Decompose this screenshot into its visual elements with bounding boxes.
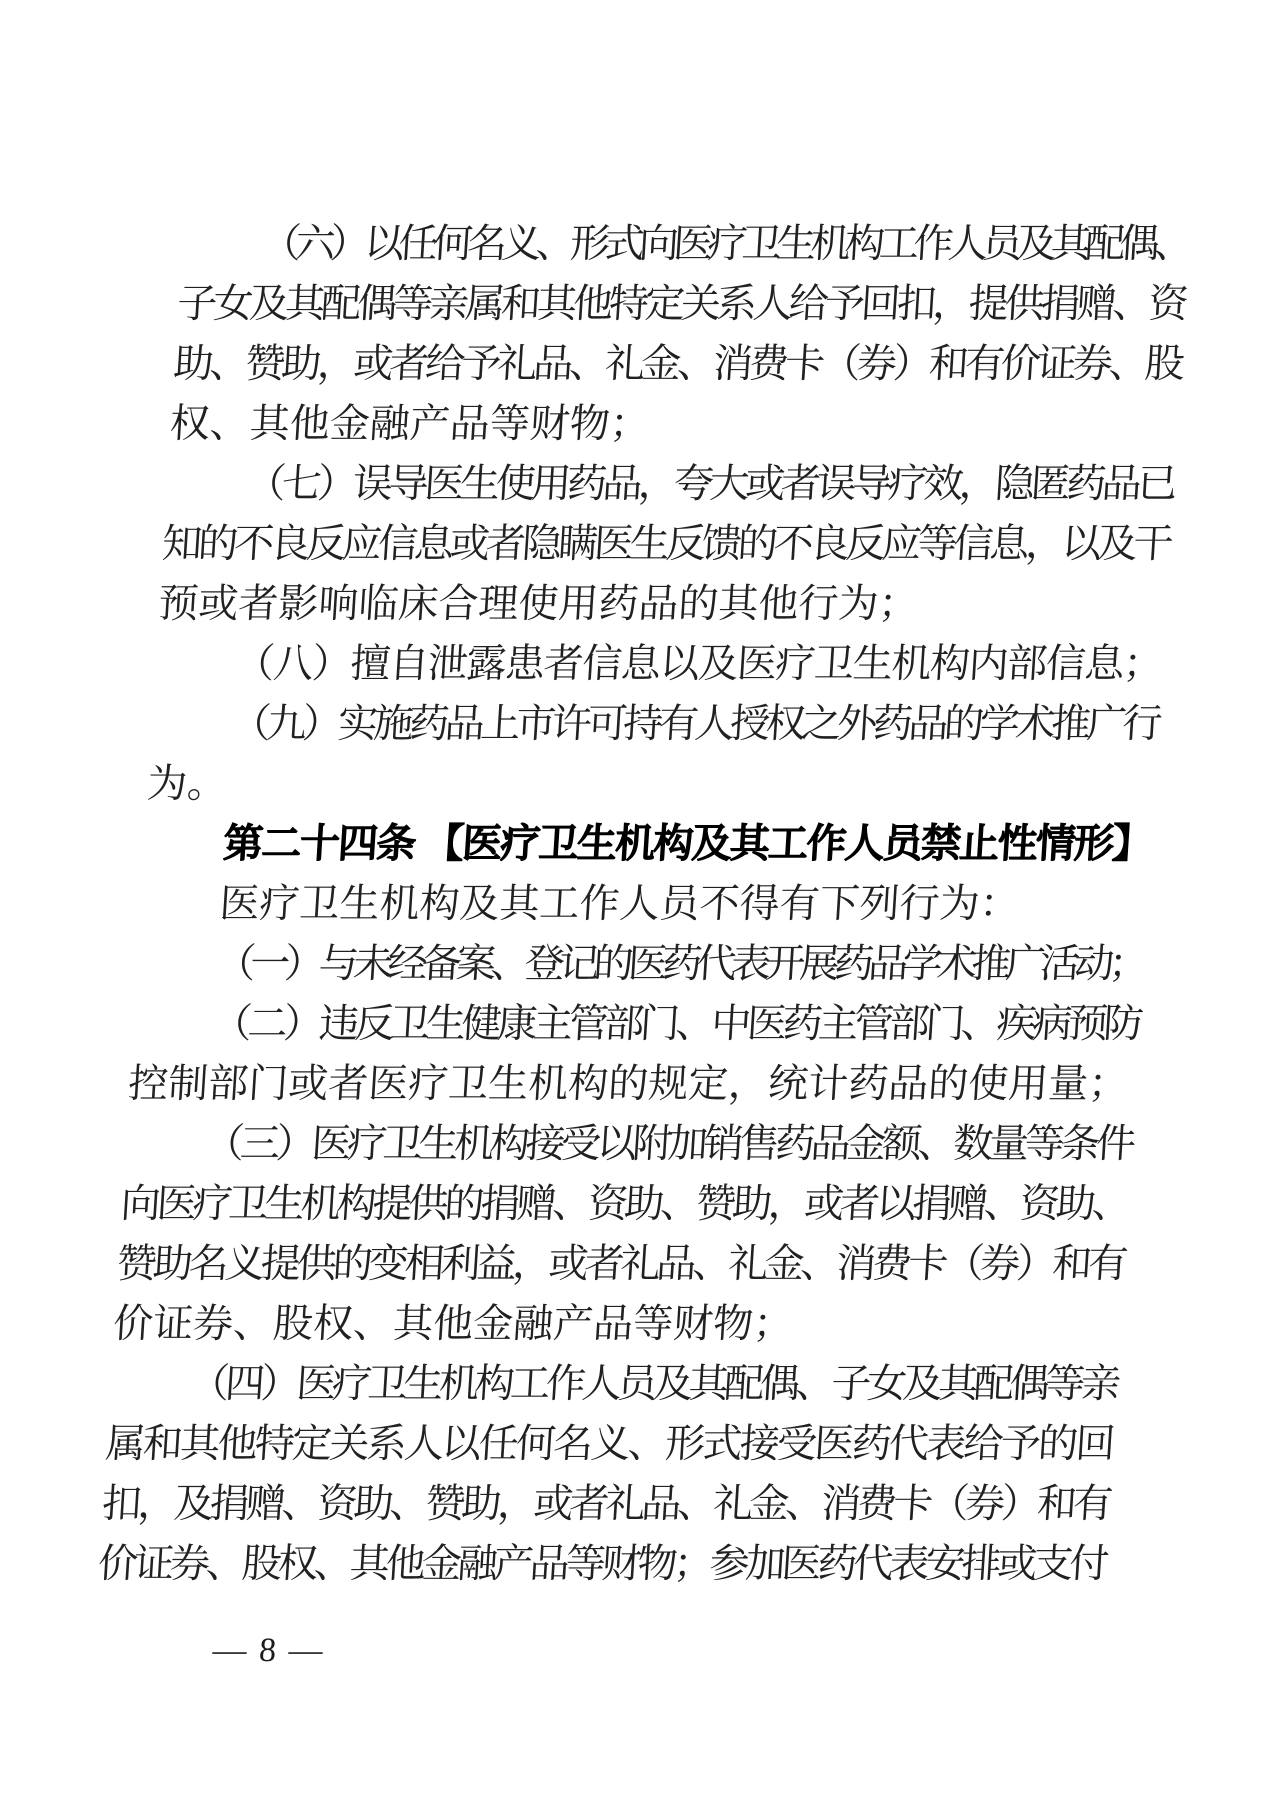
text-run: （一）与未经备案、登记的医药代表开展药品学术推广活动； [214,941,1144,986]
text-line: 知的不良反应信息或者隐瞒医生反馈的不良反应等信息，以及干 [160,514,1174,574]
text-run: 价证券、股权、其他金融产品等财物； [112,1301,795,1346]
paragraph: （七）误导医生使用药品，夸大或者误导疗效，隐匿药品已知的不良反应信息或者隐瞒医生… [157,454,1178,634]
text-run: 权、其他金融产品等财物； [168,401,651,446]
text-run: （二）违反卫生健康主管部门、中医药主管部门、疾病预防 [211,1001,1141,1046]
text-run: 子女及其配偶等亲属和其他特定关系人给予回扣，提供捐赠、资 [176,281,1186,326]
text-line: （二）违反卫生健康主管部门、中医药主管部门、疾病预防 [130,994,1144,1054]
text-line: 扣，及捐赠、资助、赞助，或者礼品、礼金、消费卡（券）和有 [100,1474,1114,1534]
text-run: 控制部门或者医疗卫生机构的规定，统计药品的使用量； [127,1061,1130,1106]
paragraph: （九）实施药品上市许可持有人授权之外药品的学术推广行为。 [145,694,1163,814]
document-page: （六）以任何名义、形式向医疗卫生机构工作人员及其配偶、子女及其配偶等亲属和其他特… [0,0,1280,1810]
text-run: 预或者影响临床合理使用药品的其他行为； [157,581,920,626]
document-content: （六）以任何名义、形式向医疗卫生机构工作人员及其配偶、子女及其配偶等亲属和其他特… [91,214,1193,1674]
text-run: 知的不良反应信息或者隐瞒医生反馈的不良反应等信息，以及干 [161,521,1171,566]
text-line: 控制部门或者医疗卫生机构的规定，统计药品的使用量； [126,1054,1140,1114]
page-number: — 8 — [91,1628,1104,1674]
paragraph: （四）医疗卫生机构工作人员及其配偶、子女及其配偶等亲属和其他特定关系人以任何名义… [96,1354,1121,1594]
text-run: 扣，及捐赠、资助、赞助，或者礼品、礼金、消费卡（券）和有 [100,1481,1110,1526]
text-line: 医疗卫生机构及其工作人员不得有下列行为： [138,874,1152,934]
text-line: （六）以任何名义、形式向医疗卫生机构工作人员及其配偶、 [179,214,1193,274]
text-line: 属和其他特定关系人以任何名义、形式接受医药代表给予的回 [104,1414,1118,1474]
paragraph: （六）以任何名义、形式向医疗卫生机构工作人员及其配偶、子女及其配偶等亲属和其他特… [168,214,1193,454]
text-line: 为。 [145,754,1159,814]
text-run: （四）医疗卫生机构工作人员及其配偶、子女及其配偶等亲 [188,1361,1118,1406]
text-run: （三）医疗卫生机构接受以附加销售药品金额、数量等条件 [203,1121,1133,1166]
text-line: 助、赞助，或者给予礼品、礼金、消费卡（券）和有价证券、股 [172,334,1186,394]
text-line: 价证券、股权、其他金融产品等财物；参加医药代表安排或支付 [96,1534,1110,1594]
article-heading-line: 第二十四条 【医疗卫生机构及其工作人员禁止性情形】 [141,814,1155,874]
text-run: （八）擅自泄露患者信息以及医疗卫生机构内部信息； [233,641,1163,686]
text-run: 向医疗卫生机构提供的捐赠、资助、赞助，或者以捐赠、资助、 [119,1181,1129,1226]
text-line: 价证券、股权、其他金融产品等财物； [111,1294,1125,1354]
text-line: （七）误导医生使用药品，夸大或者误导疗效，隐匿药品已 [164,454,1178,514]
text-line: （四）医疗卫生机构工作人员及其配偶、子女及其配偶等亲 [108,1354,1122,1414]
text-run: 医疗卫生机构及其工作人员不得有下列行为： [218,881,1021,926]
text-run: 赞助名义提供的变相利益，或者礼品、礼金、消费卡（券）和有 [116,1241,1126,1286]
text-run: （七）误导医生使用药品，夸大或者误导疗效，隐匿药品已 [245,461,1175,506]
text-run: （九）实施药品上市许可持有人授权之外药品的学术推广行 [230,701,1160,746]
text-run: 助、赞助，或者给予礼品、礼金、消费卡（券）和有价证券、股 [172,341,1182,386]
text-line: （三）医疗卫生机构接受以附加销售药品金额、数量等条件 [123,1114,1137,1174]
text-run: 价证券、股权、其他金融产品等财物；参加医药代表安排或支付 [97,1541,1107,1586]
paragraph: （八）擅自泄露患者信息以及医疗卫生机构内部信息； [153,634,1167,694]
text-run: 第二十四条 【医疗卫生机构及其工作人员禁止性情形】 [222,822,1152,866]
text-run: 属和其他特定关系人以任何名义、形式接受医药代表给予的回 [104,1421,1114,1466]
text-line: （一）与未经备案、登记的医药代表开展药品学术推广活动； [134,934,1148,994]
text-run: 为。 [146,761,229,806]
text-line: 赞助名义提供的变相利益，或者礼品、礼金、消费卡（券）和有 [115,1234,1129,1294]
paragraph: （三）医疗卫生机构接受以附加销售药品金额、数量等条件向医疗卫生机构提供的捐赠、资… [111,1114,1136,1354]
text-line: 向医疗卫生机构提供的捐赠、资助、赞助，或者以捐赠、资助、 [119,1174,1133,1234]
text-line: （九）实施药品上市许可持有人授权之外药品的学术推广行 [149,694,1163,754]
text-line: 预或者影响临床合理使用药品的其他行为； [157,574,1171,634]
paragraph: （一）与未经备案、登记的医药代表开展药品学术推广活动； [134,934,1148,994]
text-line: 权、其他金融产品等财物； [168,394,1182,454]
text-run: （六）以任何名义、形式向医疗卫生机构工作人员及其配偶、 [260,221,1190,266]
paragraph: （二）违反卫生健康主管部门、中医药主管部门、疾病预防控制部门或者医疗卫生机构的规… [126,994,1144,1114]
article-heading: 第二十四条 【医疗卫生机构及其工作人员禁止性情形】 [141,814,1155,874]
document-body: （六）以任何名义、形式向医疗卫生机构工作人员及其配偶、子女及其配偶等亲属和其他特… [96,214,1193,1594]
text-line: （八）擅自泄露患者信息以及医疗卫生机构内部信息； [153,634,1167,694]
paragraph: 医疗卫生机构及其工作人员不得有下列行为： [138,874,1152,934]
text-line: 子女及其配偶等亲属和其他特定关系人给予回扣，提供捐赠、资 [175,274,1189,334]
